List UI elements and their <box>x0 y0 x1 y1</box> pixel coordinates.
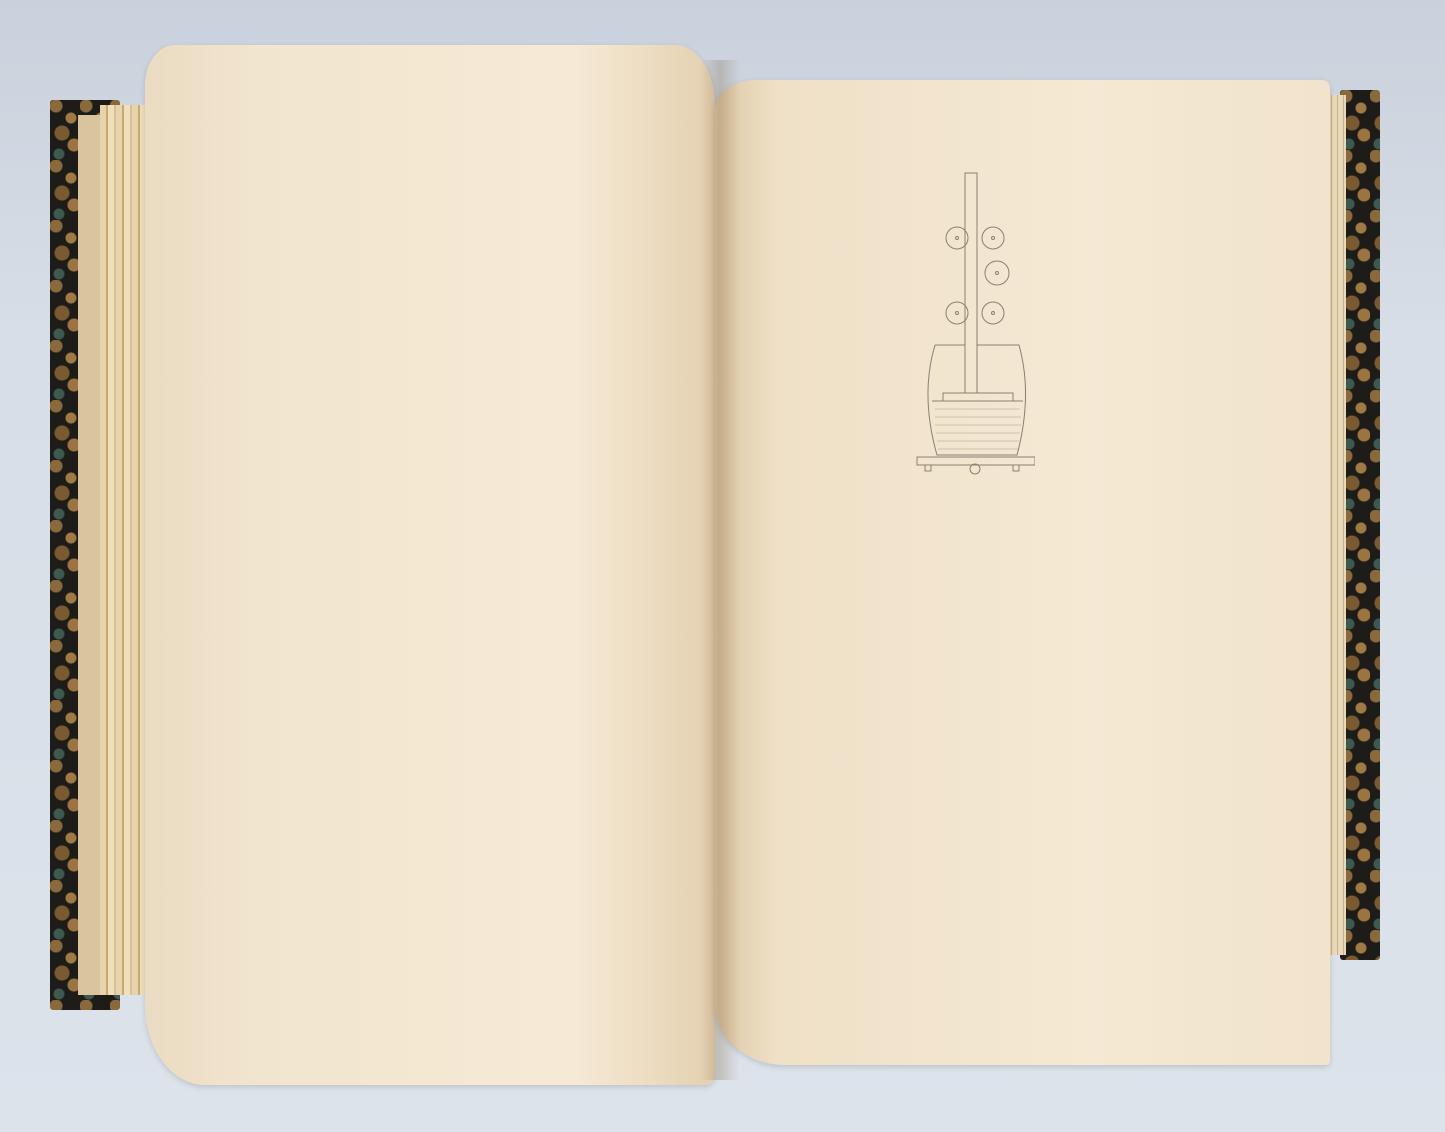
tamping-press-diagram <box>905 165 1035 475</box>
book-gutter <box>700 60 740 1080</box>
book-cover-right <box>1340 90 1380 960</box>
left-page <box>145 45 715 1085</box>
